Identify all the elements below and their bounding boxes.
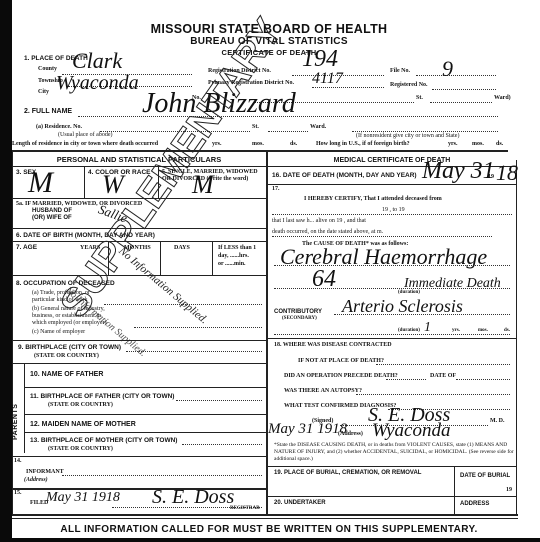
signature-date-value: May 31 1918 — [268, 421, 347, 438]
death-year-prefix: 19 — [488, 174, 494, 180]
age-days-label: DAYS — [174, 245, 190, 251]
registrar-label: REGISTRAR — [230, 506, 260, 511]
registered-no-label: Registered No. — [390, 82, 428, 88]
st-label: St. — [416, 95, 423, 101]
certify-line4: death occurred, on the date stated above… — [272, 229, 383, 235]
us-ds-label: ds. — [496, 141, 503, 147]
certify-text: I HEREBY CERTIFY, That I attended deceas… — [304, 196, 442, 202]
file-no-label: File No. — [390, 68, 410, 74]
operation-label: DID AN OPERATION PRECEDE DEATH? — [284, 373, 398, 379]
full-name-label: 2. FULL NAME — [24, 108, 72, 115]
less-than-day-label-3: or ......min. — [218, 261, 246, 267]
date-of-burial-label: DATE OF BURIAL — [460, 473, 510, 479]
residence-ward-label: Ward. — [310, 124, 326, 130]
county-value: Clark — [72, 48, 122, 74]
ds-label: ds. — [290, 141, 297, 147]
birthplace-label: 9. BIRTHPLACE (CITY OR TOWN) — [18, 344, 121, 351]
father-state-label: (STATE OR COUNTRY) — [48, 402, 113, 408]
marital-status-value: M — [192, 170, 214, 200]
how-long-us-label: How long in U.S., if of foreign birth? — [316, 141, 410, 147]
mother-birthplace-label: 13. BIRTHPLACE OF MOTHER (CITY OR TOWN) — [30, 437, 177, 444]
contributory-value: Arterio Sclerosis — [342, 296, 463, 317]
us-yrs-label: yrs. — [448, 141, 458, 147]
father-birthplace-label: 11. BIRTHPLACE OF FATHER (CITY OR TOWN) — [30, 393, 174, 400]
contrib-duration-value: 1 — [424, 320, 431, 336]
scan-left-edge — [0, 0, 12, 542]
sex-value: M — [28, 166, 53, 200]
less-than-day-label-1: If LESS than 1 — [218, 245, 256, 251]
certify-number: 17. — [272, 186, 280, 192]
age-label: 7. AGE — [16, 244, 37, 251]
date-of-death-value: May 31 — [422, 158, 495, 185]
spouse-label-2: HUSBAND OF — [32, 208, 72, 214]
mother-state-label: (STATE OR COUNTRY) — [48, 446, 113, 452]
contrib-yrs-label: yrs. — [452, 328, 460, 333]
registration-district-value: 194 — [302, 46, 338, 73]
certify-line2: 19 , to 19 — [382, 207, 405, 213]
file-no-value: 9 — [442, 56, 453, 82]
registrar-signature: S. E. Doss — [152, 486, 234, 509]
cause-footnote: *State the DISEASE CAUSING DEATH, or in … — [274, 442, 514, 463]
age-at-death-value: 64 — [312, 266, 336, 293]
usual-place-note: (Usual place of abode) — [58, 132, 112, 138]
date-of-death-label: 16. DATE OF DEATH (MONTH, DAY AND YEAR) — [272, 172, 417, 179]
if-not-place-label: IF NOT AT PLACE OF DEATH? — [298, 358, 384, 364]
ward-label: Ward) — [494, 95, 511, 101]
md-label: M. D. — [490, 418, 505, 424]
county-label: County — [38, 66, 57, 72]
mother-name-label: 12. MAIDEN NAME OF MOTHER — [30, 421, 136, 428]
city-label: City — [38, 89, 49, 95]
date-of-operation-label: DATE OF — [430, 373, 456, 379]
less-than-day-label-2: day, ......hrs. — [218, 253, 249, 259]
occupation-c: (c) Name of employer — [32, 329, 85, 335]
contrib-duration-label: (duration) — [398, 328, 420, 333]
birthplace-state-label: (STATE OR COUNTRY) — [34, 353, 99, 359]
certify-line3: that I last saw h... alive on 19 , and t… — [272, 218, 366, 224]
filed-date-value: May 31 1918 — [46, 490, 120, 506]
parents-label: PARENTS — [12, 404, 19, 440]
contrib-ds-label: ds. — [504, 328, 510, 333]
undertaker-address-label: ADDRESS — [460, 501, 489, 507]
death-year-value: 18 — [496, 160, 518, 186]
informant-address-label: (Address) — [24, 477, 48, 483]
undertaker-label: 20. UNDERTAKER — [274, 500, 326, 506]
spouse-label-3: (OR) WIFE OF — [32, 215, 72, 221]
primary-registration-value: 4117 — [312, 70, 343, 88]
no-information-stamp-1: No Information Supplied. — [116, 245, 210, 326]
footer-instruction: ALL INFORMATION CALLED FOR MUST BE WRITT… — [12, 524, 526, 535]
secondary-label: (SECONDARY) — [282, 316, 317, 321]
scan-bottom-edge — [0, 538, 540, 542]
informant-number: 14. — [14, 458, 22, 464]
personal-section-title: PERSONAL AND STATISTICAL PARTICULARS — [12, 155, 266, 164]
where-contracted-label: 18. WHERE WAS DISEASE CONTRACTED — [274, 342, 392, 348]
us-mos-label: mos. — [472, 141, 484, 147]
contrib-mos-label: mos. — [478, 328, 488, 333]
duration-value: Immediate Death — [404, 276, 501, 292]
mos-label: mos. — [252, 141, 264, 147]
burial-year-prefix: 19 — [506, 487, 512, 493]
filed-number: 15. — [14, 490, 22, 496]
autopsy-label: WAS THERE AN AUTOPSY? — [284, 388, 362, 394]
city-value: Wyaconda — [56, 72, 139, 95]
residence-label: (a) Residence. No. — [36, 124, 82, 130]
father-name-label: 10. NAME OF FATHER — [30, 371, 103, 378]
physician-address-label: (Address) — [338, 431, 363, 437]
burial-place-label: 19. PLACE OF BURIAL, CREMATION, OR REMOV… — [274, 470, 421, 476]
physician-address-value: Wyaconda — [372, 420, 450, 442]
death-certificate: MISSOURI STATE BOARD OF HEALTH BUREAU OF… — [12, 0, 526, 542]
race-value: W — [102, 170, 124, 200]
informant-label: INFORMANT — [26, 469, 64, 475]
contributory-label: CONTRIBUTORY — [274, 309, 322, 315]
residence-st-label: St. — [252, 124, 259, 130]
length-residence-label: Length of residence in city or town wher… — [12, 141, 158, 147]
nonresident-note: (If nonresident give city or town and St… — [356, 133, 459, 139]
